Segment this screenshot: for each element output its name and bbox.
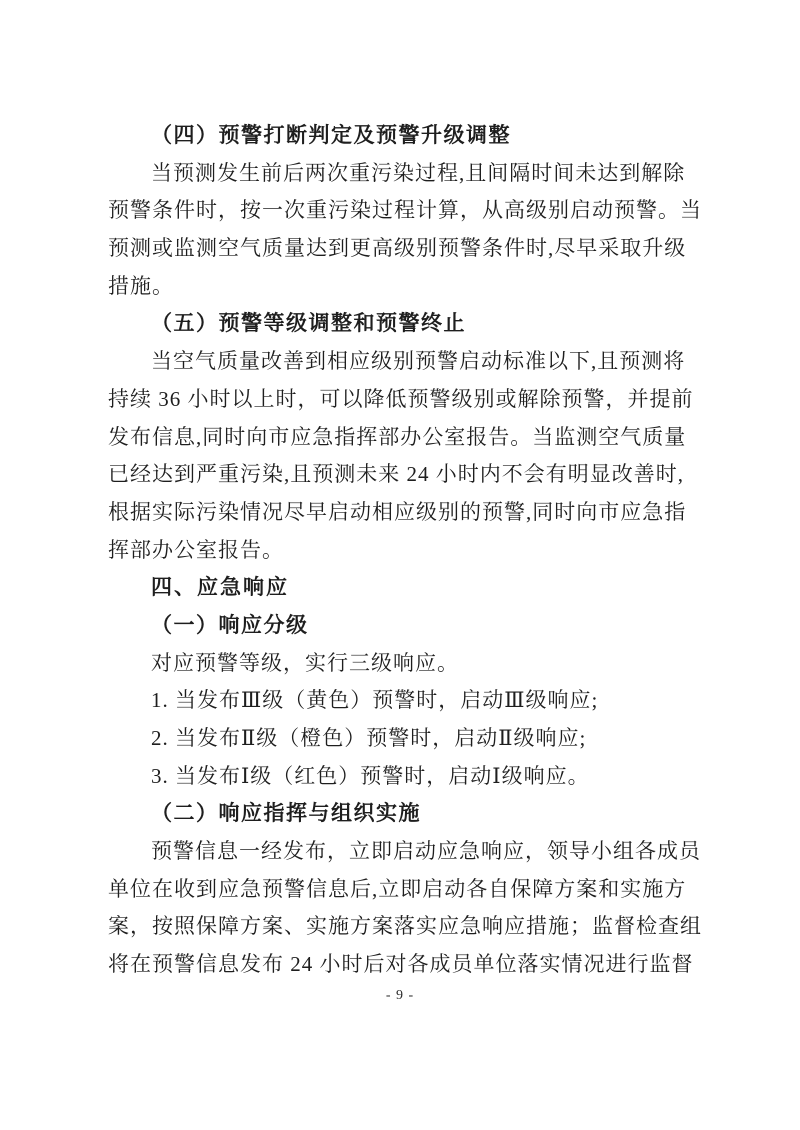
paragraph-line: 当预测发生前后两次重污染过程,且间隔时间未达到解除 xyxy=(108,155,694,193)
paragraph-line: 单位在收到应急预警信息后,立即启动各自保障方案和实施方 xyxy=(108,871,694,909)
paragraph-line: 发布信息,同时向市应急指挥部办公室报告。当监测空气质量 xyxy=(108,419,694,457)
paragraph-line: 措施。 xyxy=(108,268,694,306)
section-heading: 四、应急响应 xyxy=(108,569,694,607)
paragraph-line: 1. 当发布Ⅲ级（黄色）预警时，启动Ⅲ级响应; xyxy=(108,682,694,720)
paragraph-line: 挥部办公室报告。 xyxy=(108,532,694,570)
paragraph-line: 2. 当发布Ⅱ级（橙色）预警时，启动Ⅱ级响应; xyxy=(108,720,694,758)
subsection-heading: （四）预警打断判定及预警升级调整 xyxy=(108,117,694,155)
document-body: （四）预警打断判定及预警升级调整当预测发生前后两次重污染过程,且间隔时间未达到解… xyxy=(108,117,694,984)
paragraph-line: 3. 当发布Ⅰ级（红色）预警时，启动Ⅰ级响应。 xyxy=(108,758,694,796)
page-number: - 9 - xyxy=(0,988,800,1004)
paragraph-line: 持续 36 小时以上时，可以降低预警级别或解除预警，并提前 xyxy=(108,381,694,419)
paragraph-line: 对应预警等级，实行三级响应。 xyxy=(108,645,694,683)
paragraph-line: 预测或监测空气质量达到更高级别预警条件时,尽早采取升级 xyxy=(108,230,694,268)
subsection-heading: （二）响应指挥与组织实施 xyxy=(108,795,694,833)
paragraph-line: 案，按照保障方案、实施方案落实应急响应措施；监督检查组 xyxy=(108,908,694,946)
subsection-heading: （一）响应分级 xyxy=(108,607,694,645)
paragraph-line: 当空气质量改善到相应级别预警启动标准以下,且预测将 xyxy=(108,343,694,381)
paragraph-line: 已经达到严重污染,且预测未来 24 小时内不会有明显改善时, xyxy=(108,456,694,494)
paragraph-line: 将在预警信息发布 24 小时后对各成员单位落实情况进行监督 xyxy=(108,946,694,984)
subsection-heading: （五）预警等级调整和预警终止 xyxy=(108,305,694,343)
paragraph-line: 预警条件时，按一次重污染过程计算，从高级别启动预警。当 xyxy=(108,192,694,230)
paragraph-line: 根据实际污染情况尽早启动相应级别的预警,同时向市应急指 xyxy=(108,494,694,532)
paragraph-line: 预警信息一经发布，立即启动应急响应，领导小组各成员 xyxy=(108,833,694,871)
document-page: （四）预警打断判定及预警升级调整当预测发生前后两次重污染过程,且间隔时间未达到解… xyxy=(0,0,800,1130)
